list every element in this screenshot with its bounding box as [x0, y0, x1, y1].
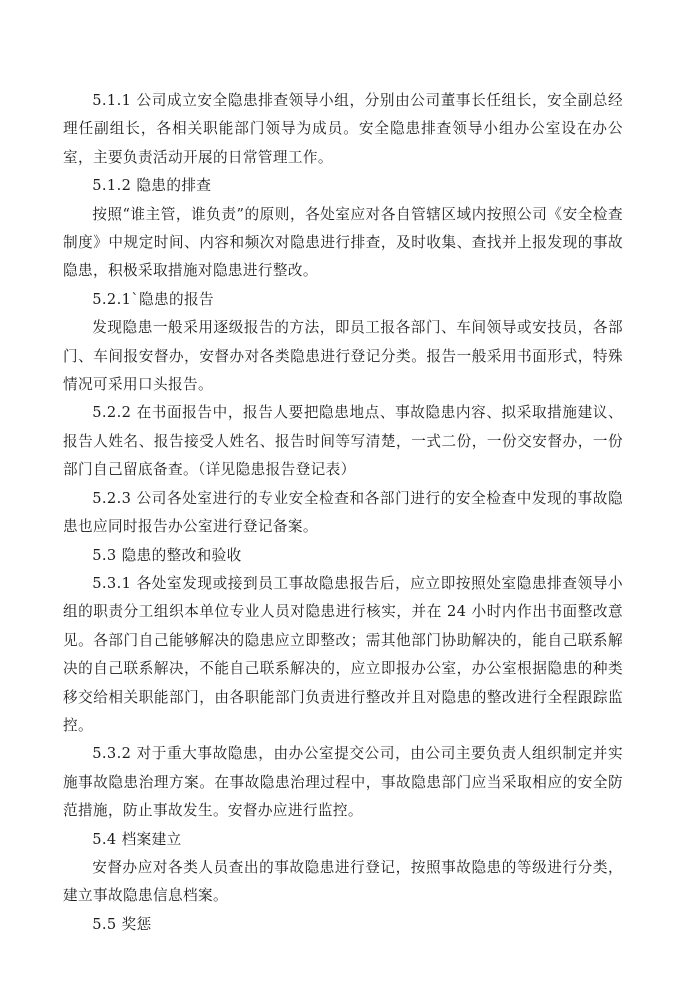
paragraph-5-4-body: 安督办应对各类人员查出的事故隐患进行登记，按照事故隐患的等级进行分类，建立事故隐…	[63, 854, 623, 911]
heading-5-2-1-hazard-report: 5.2.1`隐患的报告	[63, 286, 623, 314]
heading-5-5-rewards-penalties: 5.5 奖惩	[63, 911, 623, 939]
paragraph-5-1-1: 5.1.1 公司成立安全隐患排查领导小组，分别由公司董事长任组长，安全副总经理任…	[63, 87, 623, 172]
document-page: 5.1.1 公司成立安全隐患排查领导小组，分别由公司董事长任组长，安全副总经理任…	[63, 87, 623, 939]
heading-5-1-2-hazard-inspection: 5.1.2 隐患的排查	[63, 172, 623, 200]
paragraph-5-2-3: 5.2.3 公司各处室进行的专业安全检查和各部门进行的安全检查中发现的事故隐患也…	[63, 485, 623, 542]
paragraph-5-1-2-body: 按照“谁主管，谁负责”的原则，各处室应对各自管辖区域内按照公司《安全检查制度》中…	[63, 201, 623, 286]
paragraph-5-2-2: 5.2.2 在书面报告中，报告人要把隐患地点、事故隐患内容、拟采取措施建议、报告…	[63, 399, 623, 484]
paragraph-5-3-2: 5.3.2 对于重大事故隐患，由办公室提交公司，由公司主要负责人组织制定并实施事…	[63, 740, 623, 825]
heading-5-3-rectification: 5.3 隐患的整改和验收	[63, 542, 623, 570]
paragraph-5-3-1: 5.3.1 各处室发现或接到员工事故隐患报告后，应立即按照处室隐患排查领导小组的…	[63, 570, 623, 740]
paragraph-5-2-1-body: 发现隐患一般采用逐级报告的方法，即员工报各部门、车间领导或安技员，各部门、车间报…	[63, 314, 623, 399]
heading-5-4-archive: 5.4 档案建立	[63, 826, 623, 854]
